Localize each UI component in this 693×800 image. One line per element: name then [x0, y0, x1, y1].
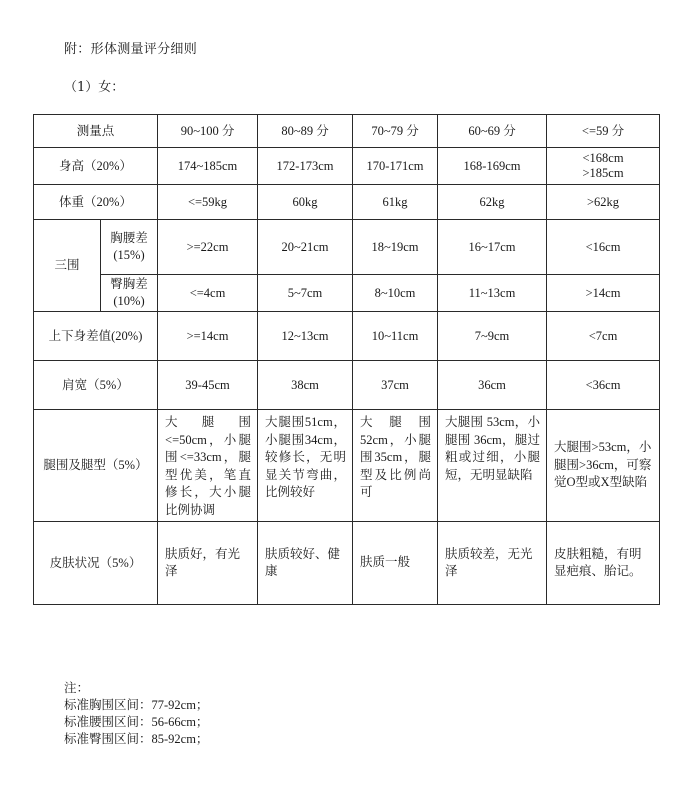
cell: 20~21cm [258, 220, 353, 275]
row-label-skin: 皮肤状况（5%） [34, 522, 158, 605]
cell: 肤质一般 [353, 522, 438, 605]
cell: 172-173cm [258, 148, 353, 185]
cell: 39-45cm [158, 361, 258, 410]
cell: >=14cm [158, 312, 258, 361]
cell: >=22cm [158, 220, 258, 275]
section-heading: （1）女： [64, 76, 124, 95]
cell-line: <168cm [551, 151, 655, 166]
cell: 170-171cm [353, 148, 438, 185]
label-line: 胸腰差 [105, 230, 153, 247]
cell: 肤质较差，无光泽 [438, 522, 547, 605]
cell: 37cm [353, 361, 438, 410]
cell: 大腿围52cm，小腿围35cm，腿型及比例尚可 [353, 410, 438, 522]
cell: 11~13cm [438, 275, 547, 312]
cell: <=4cm [158, 275, 258, 312]
table-row-weight: 体重（20%） <=59kg 60kg 61kg 62kg >62kg [34, 185, 660, 220]
cell: 大腿围>53cm，小腿围>36cm，可察觉O型或X型缺陷 [547, 410, 660, 522]
label-line: (10%) [105, 293, 153, 310]
cell: 16~17cm [438, 220, 547, 275]
row-label-legs: 腿围及腿型（5%） [34, 410, 158, 522]
row-label-height: 身高（20%） [34, 148, 158, 185]
header-score-below-59: <=59 分 [547, 115, 660, 148]
header-score-60-69: 60~69 分 [438, 115, 547, 148]
cell: 62kg [438, 185, 547, 220]
cell: 大腿围<=50cm，小腿围<=33cm，腿型优美，笔直修长，大小腿比例协调 [158, 410, 258, 522]
note-hip-range: 标准臀围区间：85-92cm； [64, 731, 208, 748]
cell: 38cm [258, 361, 353, 410]
cell: <=59kg [158, 185, 258, 220]
label-line: 臀胸差 [105, 276, 153, 293]
cell: 8~10cm [353, 275, 438, 312]
notes-section: 注： 标准胸围区间：77-92cm； 标准腰围区间：56-66cm； 标准臀围区… [64, 680, 208, 748]
header-row: 测量点 90~100 分 80~89 分 70~79 分 60~69 分 <=5… [34, 115, 660, 148]
row-label-chest-waist: 胸腰差 (15%) [101, 220, 158, 275]
table-row-legs: 腿围及腿型（5%） 大腿围<=50cm，小腿围<=33cm，腿型优美，笔直修长，… [34, 410, 660, 522]
cell: 肤质较好、健康 [258, 522, 353, 605]
cell: <36cm [547, 361, 660, 410]
cell: 大腿围 53cm，小腿围 36cm，腿过粗或过细，小腿短，无明显缺陷 [438, 410, 547, 522]
cell: >14cm [547, 275, 660, 312]
table-row-shoulder: 肩宽（5%） 39-45cm 38cm 37cm 36cm <36cm [34, 361, 660, 410]
cell: 12~13cm [258, 312, 353, 361]
cell: 5~7cm [258, 275, 353, 312]
notes-label: 注： [64, 680, 208, 697]
label-line: (15%) [105, 247, 153, 264]
cell-line: >185cm [551, 166, 655, 181]
cell: 174~185cm [158, 148, 258, 185]
table-row-hip-chest: 臀胸差 (10%) <=4cm 5~7cm 8~10cm 11~13cm >14… [34, 275, 660, 312]
note-chest-range: 标准胸围区间：77-92cm； [64, 697, 208, 714]
header-score-90-100: 90~100 分 [158, 115, 258, 148]
note-waist-range: 标准腰围区间：56-66cm； [64, 714, 208, 731]
cell: 7~9cm [438, 312, 547, 361]
cell: 肤质好，有光泽 [158, 522, 258, 605]
cell: 18~19cm [353, 220, 438, 275]
cell: 10~11cm [353, 312, 438, 361]
cell: <168cm >185cm [547, 148, 660, 185]
cell: <16cm [547, 220, 660, 275]
row-label-shoulder: 肩宽（5%） [34, 361, 158, 410]
table-row-height: 身高（20%） 174~185cm 172-173cm 170-171cm 16… [34, 148, 660, 185]
cell: 168-169cm [438, 148, 547, 185]
header-score-80-89: 80~89 分 [258, 115, 353, 148]
row-label-measurements: 三围 [34, 220, 101, 312]
cell: >62kg [547, 185, 660, 220]
cell: 61kg [353, 185, 438, 220]
cell: 36cm [438, 361, 547, 410]
cell: <7cm [547, 312, 660, 361]
row-label-weight: 体重（20%） [34, 185, 158, 220]
document-title: 附：形体测量评分细则 [64, 38, 197, 57]
header-score-70-79: 70~79 分 [353, 115, 438, 148]
table-row-chest-waist: 三围 胸腰差 (15%) >=22cm 20~21cm 18~19cm 16~1… [34, 220, 660, 275]
cell: 大腿围51cm，小腿围34cm，较修长，无明显关节弯曲，比例较好 [258, 410, 353, 522]
cell: 皮肤粗糙，有明显疤痕、胎记。 [547, 522, 660, 605]
table-row-skin: 皮肤状况（5%） 肤质好，有光泽 肤质较好、健康 肤质一般 肤质较差，无光泽 皮… [34, 522, 660, 605]
header-measure-point: 测量点 [34, 115, 158, 148]
cell: 60kg [258, 185, 353, 220]
row-label-body-ratio: 上下身差值(20%) [34, 312, 158, 361]
table-row-body-ratio: 上下身差值(20%) >=14cm 12~13cm 10~11cm 7~9cm … [34, 312, 660, 361]
row-label-hip-chest: 臀胸差 (10%) [101, 275, 158, 312]
scoring-table: 测量点 90~100 分 80~89 分 70~79 分 60~69 分 <=5… [33, 114, 660, 605]
